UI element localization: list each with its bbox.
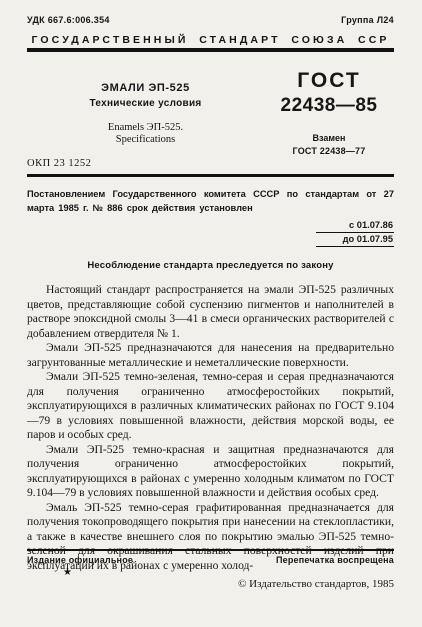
no-reprint-label: Перепечатка воспрещена — [276, 555, 394, 565]
banner-rule — [27, 48, 394, 52]
state-standard-banner: ГОСУДАРСТВЕННЫЙ СТАНДАРТ СОЮЗА ССР — [27, 34, 394, 46]
decree-text: Постановлением Государственного комитета… — [27, 188, 394, 215]
replaces-number: ГОСТ 22438—77 — [264, 146, 394, 156]
valid-to-date: до 01.07.95 — [316, 233, 394, 247]
paragraph-green-grey-enamels: Эмали ЭП-525 темно-зеленая, темно-серая … — [27, 370, 394, 443]
validity-dates: с 01.07.86 до 01.07.95 — [316, 219, 394, 247]
valid-from-date: с 01.07.86 — [316, 219, 394, 233]
official-edition-label: Издание официальное — [27, 555, 133, 565]
document-subtitle: Технические условия — [27, 98, 264, 109]
paragraph-scope: Настоящий стандарт распространяется на э… — [27, 283, 394, 341]
title-area: ЭМАЛИ ЭП-525 Технические условия Enamels… — [27, 70, 394, 156]
paragraph-application: Эмали ЭП-525 предназначаются для нанесен… — [27, 341, 394, 370]
title-block: ЭМАЛИ ЭП-525 Технические условия Enamels… — [27, 70, 264, 156]
document-title-en: Enamels ЭП-525. — [27, 122, 264, 134]
page-footer: Издание официальное Перепечатка воспреще… — [27, 549, 394, 590]
replaces-label: Взамен — [264, 133, 394, 143]
udk-code: УДК 667.6:006.354 — [27, 15, 110, 25]
law-notice: Несоблюдение стандарта преследуется по з… — [27, 260, 394, 271]
document-subtitle-en: Specifications — [27, 134, 264, 146]
document-page: УДК 667.6:006.354 Группа Л24 ГОСУДАРСТВЕ… — [0, 0, 422, 627]
classification-row: УДК 667.6:006.354 Группа Л24 — [27, 15, 394, 25]
footer-notices: Издание официальное Перепечатка воспреще… — [27, 555, 394, 565]
gost-label: ГОСТ — [264, 70, 394, 92]
gost-number-block: ГОСТ 22438—85 Взамен ГОСТ 22438—77 — [264, 70, 394, 156]
paragraph-red-protective-enamels: Эмали ЭП-525 темно-красная и защитная пр… — [27, 443, 394, 501]
document-title: ЭМАЛИ ЭП-525 — [27, 82, 264, 94]
standard-body-text: Настоящий стандарт распространяется на э… — [27, 283, 394, 573]
gost-number: 22438—85 — [264, 95, 394, 117]
copyright-line: © Издательство стандартов, 1985 — [27, 578, 394, 590]
okp-code: ОКП 23 1252 — [27, 158, 394, 169]
section-rule — [27, 174, 394, 177]
group-code: Группа Л24 — [341, 15, 394, 25]
footnote-star-icon: ★ — [27, 567, 394, 578]
